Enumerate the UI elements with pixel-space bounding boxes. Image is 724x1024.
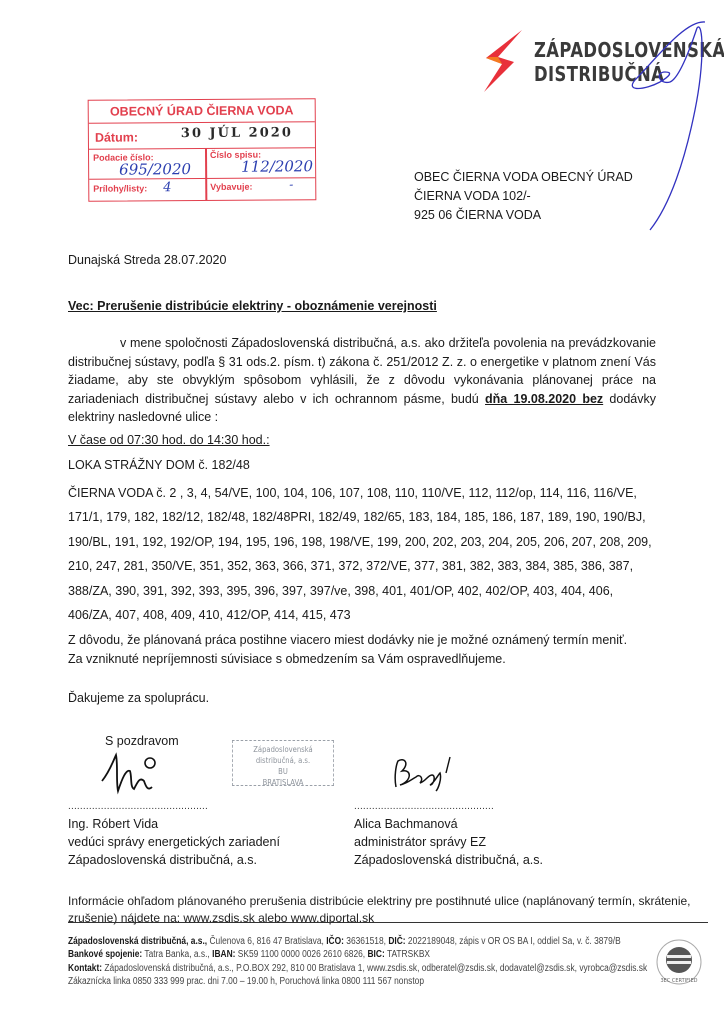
signer1-company: Západoslovenská distribučná, a.s.: [68, 851, 280, 869]
signature-bachmanova: [390, 753, 460, 793]
footer-line-company: Západoslovenská distribučná, a.s., Čulen…: [68, 935, 647, 948]
footer-bic-label: BIC:: [367, 949, 384, 960]
footer-line-contact: Kontakt: Západoslovenská distribučná, a.…: [68, 962, 647, 975]
signature-vida: [100, 751, 170, 795]
footer-company-label: Západoslovenská distribučná, a.s.,: [68, 936, 207, 947]
thanks-line: Ďakujeme za spoluprácu.: [68, 689, 209, 707]
outage-date-emphasis: dňa 19.08.2020 bez: [485, 392, 603, 406]
recipient-line-2: ČIERNA VODA 102/-: [414, 187, 633, 206]
signature-line-1: ........................................…: [68, 801, 208, 812]
outage-location-loka: LOKA STRÁŽNY DOM č. 182/48: [68, 456, 250, 474]
subject-line: Vec: Prerušenie distribúcie elektriny - …: [68, 297, 437, 315]
signer2-title: administrátor správy EZ: [354, 833, 543, 851]
signer2-company: Západoslovenská distribučná, a.s.: [354, 851, 543, 869]
stamp-date-value: 30 JÚL 2020: [181, 125, 293, 141]
company-footer: Západoslovenská distribučná, a.s., Čulen…: [68, 935, 647, 988]
signer-block-vida: Ing. Róbert Vida vedúci správy energetic…: [68, 815, 280, 869]
outage-house-numbers: ČIERNA VODA č. 2 , 3, 4, 54/VE, 100, 104…: [68, 481, 656, 627]
footer-line-bank: Bankové spojenie: Tatra Banka, a.s., IBA…: [68, 948, 647, 961]
greeting: S pozdravom: [105, 732, 179, 750]
certification-badge-icon: 3EC CERTIFIED: [655, 938, 703, 986]
body-paragraph: v mene spoločnosti Západoslovenská distr…: [68, 334, 656, 427]
footer-iban-label: IBAN:: [212, 949, 235, 960]
signer1-title: vedúci správy energetických zariadení: [68, 833, 280, 851]
stamp-attachments-value: 4: [163, 180, 171, 195]
footer-iban-value: SK59 1100 0000 0026 2610 6826,: [235, 949, 367, 960]
registry-stamp: OBECNÝ ÚRAD ČIERNA VODA Dátum: 30 JÚL 20…: [88, 98, 317, 202]
recipient-line-1: OBEC ČIERNA VODA OBECNÝ ÚRAD: [414, 168, 633, 187]
stamp-file-value: 112/2020: [241, 157, 313, 176]
stamp-handled-value: -: [289, 177, 293, 191]
handwritten-initial-mark: [625, 20, 705, 235]
stamp-date-label: Dátum:: [95, 130, 138, 144]
closing-line-2: Za vzniknuté nepríjemnosti súvisiace s o…: [68, 650, 627, 669]
footer-contact-label: Kontakt:: [68, 963, 102, 974]
footer-bank-value: Tatra Banka, a.s.,: [142, 949, 212, 960]
stamp-title: OBECNÝ ÚRAD ČIERNA VODA: [89, 103, 315, 119]
lightning-bolt-icon: [482, 30, 524, 92]
footer-ico-value: 36361518,: [344, 936, 388, 947]
company-office-stamp: Západoslovenská distribučná, a.s. BU BRA…: [232, 740, 334, 786]
stamp-attachments-label: Prílohy/listy:: [93, 183, 147, 193]
stamp-handled-label: Vybavuje:: [210, 182, 252, 192]
signer-block-bachmanova: Alica Bachmanová administrátor správy EZ…: [354, 815, 543, 869]
office-stamp-line-2: BU: [233, 766, 333, 777]
recipient-address: OBEC ČIERNA VODA OBECNÝ ÚRAD ČIERNA VODA…: [414, 168, 633, 225]
recipient-line-3: 925 06 ČIERNA VODA: [414, 206, 633, 225]
footer-contact-value: Západoslovenská distribučná, a.s., P.O.B…: [102, 963, 647, 974]
office-stamp-line-3: BRATISLAVA: [233, 777, 333, 788]
signer2-name: Alica Bachmanová: [354, 815, 543, 833]
place-date: Dunajská Streda 28.07.2020: [68, 251, 226, 269]
signature-line-2: ........................................…: [354, 801, 494, 812]
footer-company-address: Čulenova 6, 816 47 Bratislava,: [207, 936, 326, 947]
footer-hotline: Zákaznícka linka 0850 333 999 prac. dni …: [68, 975, 647, 988]
stamp-filing-value: 695/2020: [119, 160, 191, 179]
footer-divider: [68, 922, 708, 923]
footer-ico-label: IČO:: [326, 936, 344, 947]
signer1-name: Ing. Róbert Vida: [68, 815, 280, 833]
closing-line-1: Z dôvodu, že plánovaná práca postihne vi…: [68, 631, 627, 650]
outage-time-window: V čase od 07:30 hod. do 14:30 hod.:: [68, 431, 270, 449]
closing-text: Z dôvodu, že plánovaná práca postihne vi…: [68, 631, 627, 669]
footer-bic-value: TATRSKBX: [385, 949, 430, 960]
footer-dic-value: 2022189048, zápis v OR OS BA I, oddiel S…: [406, 936, 621, 947]
svg-text:3EC CERTIFIED: 3EC CERTIFIED: [660, 978, 697, 984]
footer-bank-label: Bankové spojenie:: [68, 949, 142, 960]
office-stamp-line-1: Západoslovenská distribučná, a.s.: [233, 744, 333, 766]
footer-dic-label: DIČ:: [388, 936, 405, 947]
